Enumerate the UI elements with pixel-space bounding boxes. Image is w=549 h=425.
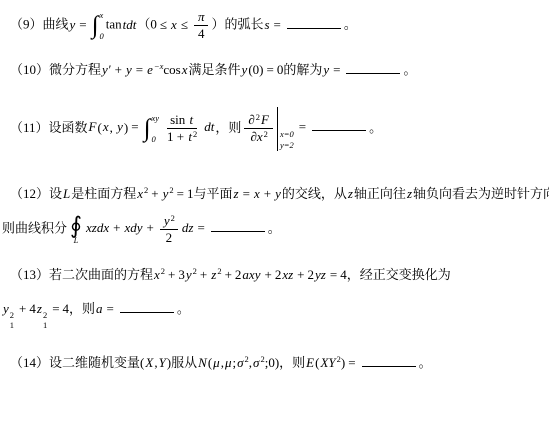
question-11-line-1: （11）设函数F(x, y)=∫xy0sin t1 + t2dt，则∂2F∂x2… [2, 107, 547, 151]
math-variable: z [211, 267, 216, 282]
question-12: （12）设L是柱面方程x2+y2=1与平面z=x+y的交线，从z轴正向往z轴负向… [2, 183, 547, 247]
math-variable: μ [213, 355, 220, 370]
integral-limits: xy0 [151, 114, 159, 144]
text-run: 则曲线积分 [2, 220, 67, 235]
math-variable: y [117, 119, 123, 134]
question-9-line-1: （9）曲线y=∫x0tantdt（0≤x≤π4）的弧长s=。 [2, 9, 547, 43]
document-page: { "page": {"background": "#ffffff", "tex… [0, 0, 549, 425]
question-13-line-1: （13）若二次曲面的方程x2+3y2+z2+2axy+2xz+2yz=4，经正交… [2, 264, 547, 286]
superscript: 2 [264, 129, 268, 139]
text-run: 。 [177, 301, 190, 316]
math-variable: y [323, 62, 329, 77]
lower-limit: 0 [151, 135, 159, 144]
math-variable: z [37, 301, 42, 316]
text-run: （10）微分方程 [10, 62, 101, 77]
math-roman: ( [97, 119, 101, 134]
math-roman: 2 [275, 267, 282, 282]
math-roman: , [249, 355, 252, 370]
math-roman: 0 [150, 17, 157, 32]
math-variable: μ [225, 355, 232, 370]
fraction: sin t1 + t2 [164, 112, 200, 146]
numerator: ∂2F [244, 112, 273, 129]
math-roman: 4 [29, 301, 36, 316]
math-roman: 2 [308, 267, 315, 282]
subscript: 1 [43, 320, 47, 330]
math-variable: y [3, 301, 9, 316]
numerator: sin t [167, 112, 197, 129]
integral: ∫x0 [92, 11, 104, 41]
question-12-line-2: 则曲线积分∮Lxzdx+xdy+y22dz=。 [2, 213, 547, 247]
text-run: （11）设函数 [10, 119, 88, 134]
math-roman: 3 [178, 267, 185, 282]
text-run: （13）若二次曲面的方程 [10, 267, 153, 282]
math-variable: xz [282, 267, 293, 282]
question-9: （9）曲线y=∫x0tantdt（0≤x≤π4）的弧长s=。 [2, 9, 547, 43]
math-operator: = [327, 267, 340, 282]
text-run: 与平面 [194, 186, 233, 201]
math-variable: y [186, 267, 192, 282]
question-10-line-1: （10）微分方程y′+y=e−xcosx满足条件y(0)=0的解为y=。 [2, 59, 547, 81]
superscript: 2 [193, 129, 197, 139]
math-roman: ;0) [265, 355, 279, 370]
math-variable: yz [315, 267, 326, 282]
math-variable: z [407, 186, 412, 201]
question-13: （13）若二次曲面的方程x2+3y2+z2+2axy+2xz+2yz=4，经正交… [2, 264, 547, 330]
math-operator: = [271, 17, 284, 32]
math-variable: x [171, 17, 177, 32]
superscript: 2 [256, 112, 260, 122]
math-variable: x [154, 267, 160, 282]
question-14-line-1: （14）设二维随机变量(X,Y)服从N(μ,μ;σ2,σ2;0)，则E(XY2)… [2, 352, 547, 374]
answer-blank [287, 14, 341, 29]
math-operator: + [294, 267, 307, 282]
fraction: π4 [194, 9, 209, 43]
answer-blank [362, 352, 416, 367]
math-variable: x [254, 186, 260, 201]
text-run: 。 [403, 62, 416, 77]
math-operator: + [197, 267, 210, 282]
superscript: 2 [10, 310, 14, 320]
math-variable: axy [242, 267, 260, 282]
math-operator: = [296, 119, 309, 134]
question-11: （11）设函数F(x, y)=∫xy0sin t1 + t2dt，则∂2F∂x2… [2, 107, 547, 151]
math-variable: F [89, 119, 97, 134]
math-variable: σ [237, 355, 243, 370]
superscript: −x [154, 61, 164, 71]
math-operator: ≤ [157, 17, 170, 32]
condition: y=2 [280, 140, 294, 151]
integral: ∫xy0 [144, 114, 159, 144]
math-variable: y [275, 186, 281, 201]
math-roman: ( [140, 355, 144, 370]
math-operator: + [261, 186, 274, 201]
math-variable: E [306, 355, 314, 370]
evaluation-conditions: x=0y=2 [280, 129, 294, 150]
superscript: 2 [217, 266, 221, 276]
math-operator: = [330, 62, 343, 77]
math-variable: x [137, 186, 143, 201]
fraction: y22 [160, 213, 178, 247]
math-operator: + [148, 186, 161, 201]
math-operator: + [165, 267, 178, 282]
math-roman: , [221, 355, 224, 370]
math-variable: z [348, 186, 353, 201]
math-operator: = [264, 62, 277, 77]
integral-limits: x0 [100, 11, 104, 41]
math-variable: x [103, 119, 109, 134]
math-variable: ∂x [250, 129, 262, 144]
question-14: （14）设二维随机变量(X,Y)服从N(μ,μ;σ2,σ2;0)，则E(XY2)… [2, 352, 547, 374]
math-variable: XY [320, 355, 335, 370]
math-operator: + [261, 267, 274, 282]
superscript: 2 [43, 310, 47, 320]
text-run: 是柱面方程 [71, 186, 136, 201]
math-variable: π [198, 9, 205, 24]
evaluation-bar: x=0y=2 [277, 107, 294, 151]
math-roman: ( [315, 355, 319, 370]
math-operator: + [222, 267, 235, 282]
math-roman: sin [170, 112, 188, 127]
text-run: 的解为 [283, 62, 322, 77]
text-run: （ [137, 17, 150, 32]
math-variable: y [70, 17, 76, 32]
math-variable: X [145, 355, 153, 370]
math-variable: σ [253, 355, 259, 370]
math-operator: = [240, 186, 253, 201]
superscript: 2 [171, 213, 175, 223]
math-roman: 4 [198, 26, 205, 41]
math-variable: L [63, 186, 70, 201]
math-variable: Y [159, 355, 166, 370]
text-run: （14）设二维随机变量 [10, 355, 140, 370]
answer-blank [211, 217, 265, 232]
math-variable: y [163, 186, 169, 201]
denominator: 2 [163, 230, 176, 246]
math-variable: xzdx [86, 220, 109, 235]
exam-sheet: （9）曲线y=∫x0tantdt（0≤x≤π4）的弧长s=。（10）微分方程y′… [0, 0, 549, 425]
math-variable: a [96, 301, 103, 316]
math-operator: = [194, 220, 207, 235]
text-run: （9）曲线 [10, 17, 69, 32]
text-run: ，则 [69, 301, 95, 316]
text-run: 满足条件 [189, 62, 241, 77]
math-roman: , [154, 355, 157, 370]
math-variable: y [126, 62, 132, 77]
text-run: 。 [419, 355, 432, 370]
math-variable: s [264, 17, 269, 32]
math-roman: cos [163, 62, 180, 77]
math-operator: ≤ [178, 17, 191, 32]
math-variable: y [242, 62, 248, 77]
math-variable: e [147, 62, 153, 77]
question-12-line-1: （12）设L是柱面方程x2+y2=1与平面z=x+y的交线，从z轴正向往z轴负向… [2, 183, 547, 205]
answer-blank [312, 116, 366, 131]
answer-blank [120, 298, 174, 313]
question-13-line-2: y21+4z21=4，则a=。 [2, 298, 547, 330]
math-variable: z [234, 186, 239, 201]
math-variable: t [189, 112, 193, 127]
math-operator: + [110, 220, 123, 235]
math-roman: tan [106, 17, 122, 32]
text-run: 的交线，从 [282, 186, 347, 201]
math-operator: = [133, 62, 146, 77]
math-variable: dt [204, 119, 214, 134]
math-roman: ; [232, 355, 236, 370]
sub-superscript: 21 [10, 310, 14, 330]
text-run: 轴正向往 [354, 186, 406, 201]
math-operator: = [104, 301, 117, 316]
math-roman: (0) [248, 62, 263, 77]
numerator: y2 [160, 213, 178, 230]
text-run: ，则 [279, 355, 305, 370]
math-variable: t [188, 129, 192, 144]
math-roman: 2 [166, 230, 173, 245]
math-operator: = [174, 186, 187, 201]
denominator: 1 + t2 [164, 129, 200, 145]
contour-integral: ∮L [70, 214, 82, 245]
math-variable: dz [182, 220, 194, 235]
math-operator: + [112, 62, 125, 77]
integral-sign-icon: ∫ [92, 13, 99, 38]
upper-limit: xy [151, 114, 159, 123]
math-variable: y [164, 213, 170, 228]
math-operator: = [76, 17, 89, 32]
math-operator: = [345, 355, 358, 370]
math-operator: = [128, 119, 141, 134]
math-variable: xdy [124, 220, 142, 235]
subscript: 1 [10, 320, 14, 330]
text-run: 。 [344, 17, 357, 32]
text-run: 轴负向看去为逆时针方向， [413, 186, 549, 201]
math-roman: 2 [235, 267, 242, 282]
math-variable: y′ [102, 62, 111, 77]
text-run: （12）设 [10, 186, 62, 201]
math-roman: 1 + [167, 129, 187, 144]
math-variable: F [261, 112, 269, 127]
contour-label: L [74, 236, 79, 245]
math-operator: + [16, 301, 29, 316]
text-run: ，经正交变换化为 [347, 267, 451, 282]
math-roman: , [110, 119, 117, 134]
math-roman: ( [208, 355, 212, 370]
math-variable: x [182, 62, 188, 77]
text-run: 。 [268, 220, 281, 235]
numerator: π [194, 9, 209, 26]
text-run: 服从 [171, 355, 197, 370]
fraction: ∂2F∂x2 [244, 112, 273, 146]
answer-blank [346, 59, 400, 74]
question-10: （10）微分方程y′+y=e−xcosx满足条件y(0)=0的解为y=。 [2, 59, 547, 81]
denominator: ∂x2 [246, 129, 270, 145]
math-variable: N [198, 355, 207, 370]
text-run: ，则 [215, 119, 241, 134]
condition: x=0 [280, 129, 294, 140]
lower-limit: 0 [100, 32, 104, 41]
sub-superscript: 21 [43, 310, 47, 330]
math-variable: tdt [123, 17, 137, 32]
text-run: 。 [369, 119, 382, 134]
upper-limit: x [100, 11, 104, 20]
integral-sign-icon: ∫ [144, 116, 151, 141]
contour-integral-sign-icon: ∮ [70, 214, 82, 237]
math-operator: = [49, 301, 62, 316]
math-operator: + [144, 220, 157, 235]
text-run: ）的弧长 [211, 17, 263, 32]
math-variable: ∂ [248, 112, 254, 127]
denominator: 4 [195, 26, 208, 42]
